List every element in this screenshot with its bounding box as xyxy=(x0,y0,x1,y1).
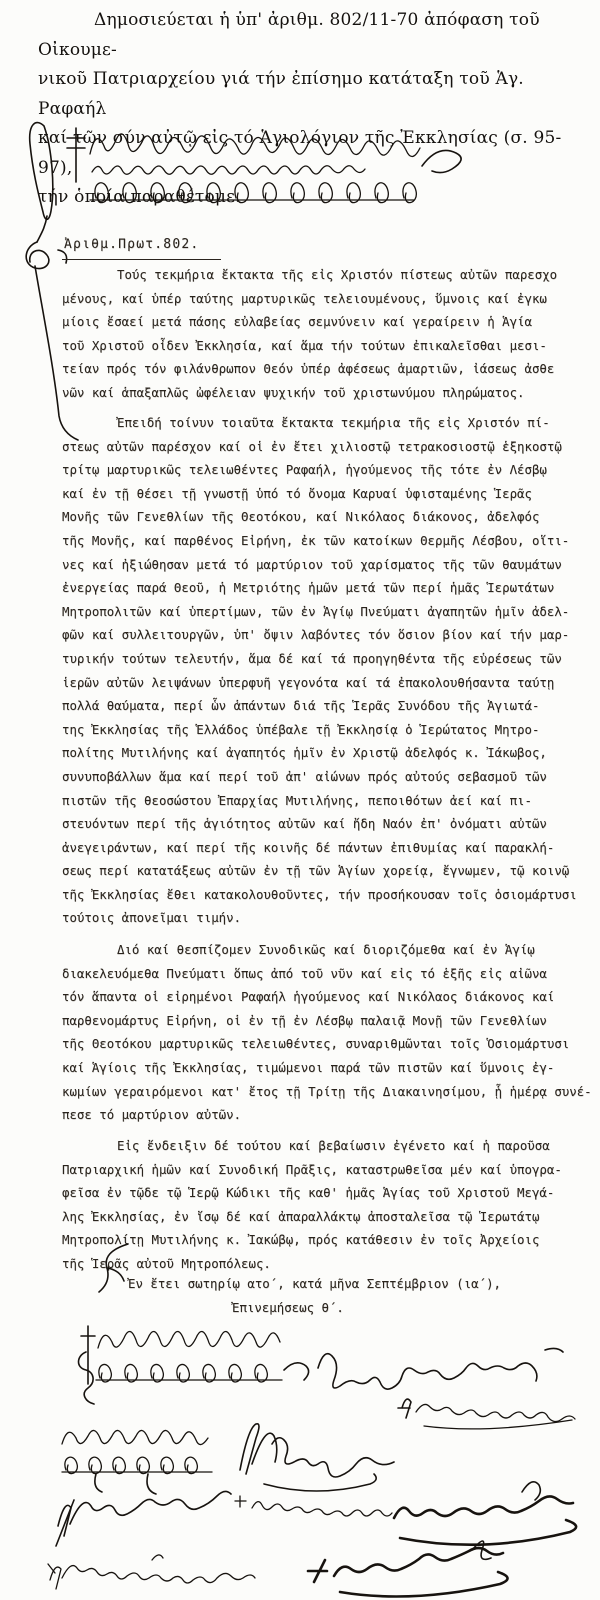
signature-row4-right xyxy=(308,1541,508,1597)
signatures-block xyxy=(0,1312,600,1600)
signature-patriarch-script xyxy=(318,1348,563,1389)
paragraph-2: Ἐπειδή τοίνυν τοιαῦτα ἔκτακτα τεκμήρια τ… xyxy=(62,411,592,930)
date-line: Ἐν ἔτει σωτηρίῳ ατο΄, κατά μῆνα Σεπτέμβρ… xyxy=(128,1272,501,1296)
signature-row2-middle xyxy=(240,1424,394,1491)
patriarchal-invocation-calligraphy xyxy=(62,120,482,214)
scanned-document-page: Δημοσιεύεται ἡ ὑπ' ἀριθμ. 802/11-70 ἀπόφ… xyxy=(0,0,600,1600)
signature-row2-monogram xyxy=(62,1430,212,1494)
paragraph-1: Τούς τεκμήρια ἔκτακτα τῆς εἰς Χριστόν πί… xyxy=(62,263,592,405)
paragraph-3: Διό καί θεσπίζομεν Συνοδικῶς καί διοριζό… xyxy=(62,938,592,1127)
signature-row2-right xyxy=(398,1399,575,1429)
signature-row3-left xyxy=(56,1491,231,1546)
signature-row3-middle xyxy=(235,1496,392,1516)
protocol-number: Ἀριθμ.Πρωτ.802. xyxy=(62,233,221,260)
signature-patriarch-monogram xyxy=(79,1326,309,1404)
signature-row4-left xyxy=(48,1555,255,1589)
signature-row3-right xyxy=(394,1482,576,1545)
paragraph-4: Εἰς ἔνδειξιν δέ τούτου καί βεβαίωσιν ἐγέ… xyxy=(62,1134,592,1276)
